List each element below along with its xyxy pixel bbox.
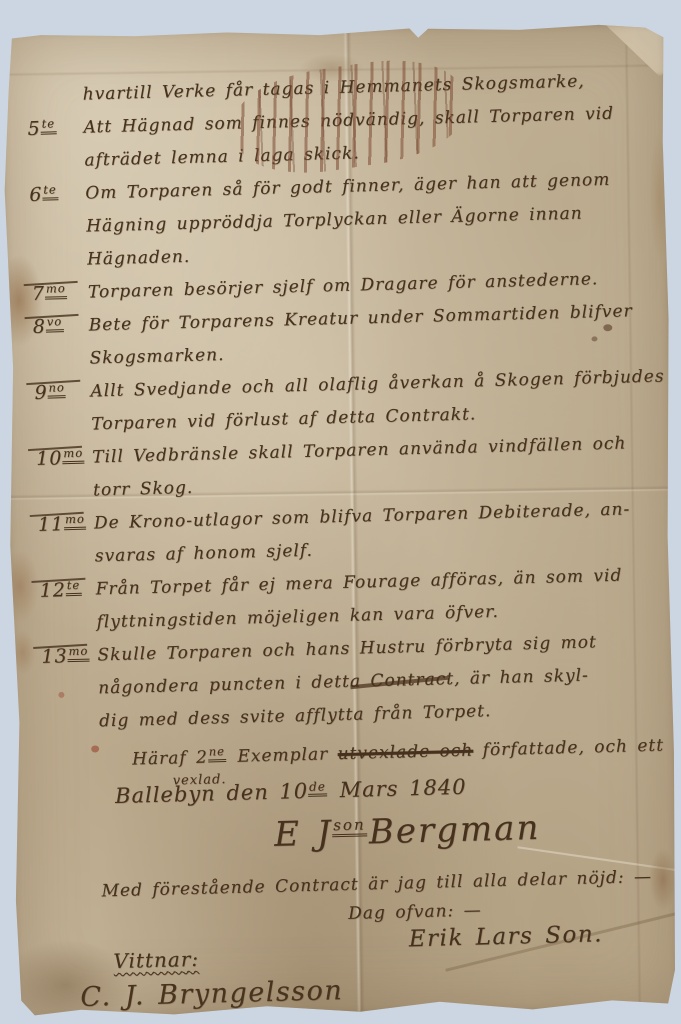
clause-number: 9no: [34, 375, 92, 442]
clause-number: 6te: [29, 178, 88, 278]
witness-label: Vittnar:: [113, 939, 343, 978]
document-photo: hvartill Verke får tagas i Hemmanets Sko…: [0, 0, 681, 1024]
clause-number: 13mo: [41, 639, 100, 739]
signature-bryngelsson: C. J. Bryngelsson: [80, 974, 344, 1014]
clause-number: 7mo: [32, 277, 89, 311]
signature-row: Erik Lars Son. Vittnar: C. J. Bryngelsso…: [49, 923, 661, 1015]
witness-block: Vittnar: C. J. Bryngelsson: [79, 939, 344, 1014]
handwriting-block: hvartill Verke får tagas i Hemmanets Sko…: [1, 23, 679, 1018]
clause-number: 11mo: [38, 507, 96, 574]
clause-13: 13mo Skulle Torparen och hans Hustru för…: [41, 625, 653, 740]
clause-number: 10mo: [36, 441, 94, 508]
clause-6: 6te Om Torparen så för godt finner, äger…: [29, 163, 641, 278]
signature-bergman: E JsonBergman: [274, 803, 657, 857]
struck-words: utvexlade och: [337, 741, 473, 765]
paper-sheet: hvartill Verke får tagas i Hemmanets Sko…: [1, 23, 679, 1018]
clause-number: 12te: [39, 573, 97, 640]
photo-background: { "colors":{"bg":"#ccd6e2","paper":"#c8b…: [0, 0, 681, 1024]
clause-text: Skulle Torparen och hans Hustru förbryta…: [97, 625, 653, 738]
clause-text: Om Torparen så för godt finner, äger han…: [85, 163, 641, 276]
clause-number: 8vo: [32, 310, 90, 377]
clause-number: 5te: [27, 112, 85, 179]
signature-erik-lars-son: Erik Lars Son.: [408, 918, 603, 956]
